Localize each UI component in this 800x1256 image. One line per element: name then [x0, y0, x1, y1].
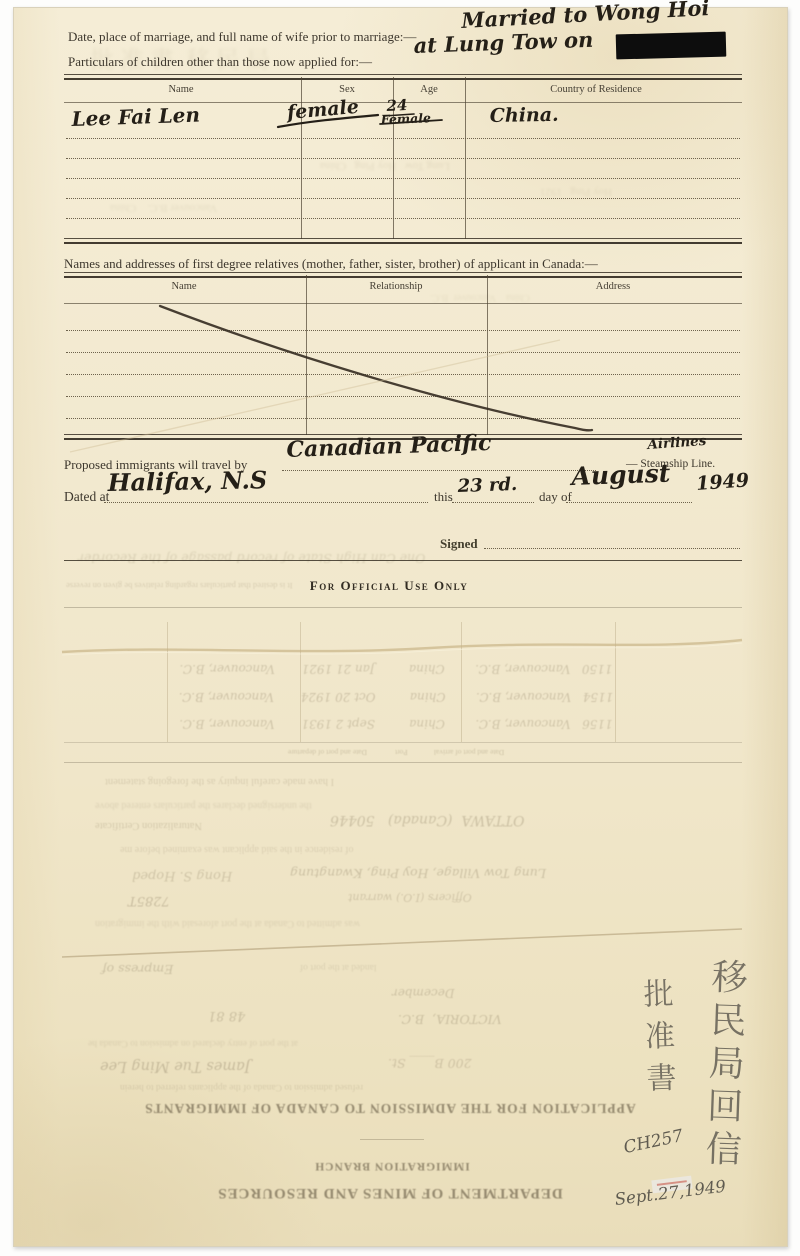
ghost-showthrough-text: 7285T: [128, 893, 170, 908]
ghost-showthrough-text: VICTORIA, B.C.: [398, 1012, 502, 1027]
ghost-showthrough-text: was admitted to Canada at the port afore…: [95, 918, 360, 929]
ghost-showthrough-text: Vancouver B.C. China: [110, 202, 217, 214]
ghost-showthrough-text: Naturalization Certificate: [95, 820, 202, 831]
ghost-grid-line: [300, 622, 301, 742]
relatives-col-name: Name: [171, 281, 196, 292]
this-label: this: [434, 489, 453, 505]
chinese-annotation-left-column: 批准書: [632, 977, 680, 1104]
ghost-showthrough-text: Lung Tow Hoy Ping China: [320, 160, 450, 172]
ghost-showthrough-text: Empress of: [102, 962, 173, 977]
table-row-line: [66, 330, 740, 331]
dated-at-label: Dated at: [64, 489, 109, 505]
ghost-showthrough-text: I have made careful inquiry as the foreg…: [105, 776, 334, 787]
ghost-grid-line: [461, 622, 462, 742]
table-row-line: [66, 178, 740, 179]
children-col-name: Name: [168, 84, 193, 95]
dated-at-handwriting: Halifax, N.S: [107, 465, 267, 497]
ghost-showthrough-text: 48 81: [208, 1008, 245, 1023]
ghost-showthrough-text: Date and port of arrival Port Date and p…: [288, 748, 504, 757]
relatives-col-relationship: Relationship: [369, 281, 422, 292]
table-row-line: [66, 396, 740, 397]
ghost-showthrough-text: landed at the port of: [300, 962, 377, 972]
field-line: [452, 502, 534, 503]
table-row-line: [66, 374, 740, 375]
children-col-age: Age: [420, 84, 438, 95]
month-handwriting: August: [571, 459, 671, 491]
signature-line: [484, 548, 740, 549]
year-handwriting: 1949: [695, 469, 749, 495]
day-handwriting: 23 rd.: [457, 474, 517, 497]
scanned-immigration-form: 批 准 書 移 民 局Lung Tow Hoy Ping ChinaVancou…: [0, 0, 800, 1256]
children-col-sex: Sex: [339, 84, 355, 95]
field-line: [282, 470, 596, 471]
field-line: [104, 502, 428, 503]
reversed-title-rule: [360, 1139, 424, 1140]
reversed-department-title: DEPARTMENT OF MINES AND RESOURCES: [217, 1184, 563, 1201]
ghost-grid-line: [167, 622, 168, 742]
ghost-showthrough-text: Lung Tow Village, Hoy Ping, Kwangtung: [290, 866, 546, 881]
ghost-showthrough-text: OTTAWA (Canada) 50446: [330, 812, 524, 828]
field-line: [566, 502, 692, 503]
signed-label: Signed: [440, 536, 478, 552]
ghost-showthrough-text: It is desired that particulars regarding…: [66, 581, 293, 591]
relatives-col-address: Address: [596, 281, 630, 292]
official-use-heading: For Official Use Only: [310, 578, 469, 594]
section-rule: [64, 560, 742, 561]
ghost-showthrough-text: Hong S. Hoped: [132, 868, 232, 883]
ghost-showthrough-text: 200 B____ St.: [388, 1056, 472, 1071]
section-rule: [64, 607, 742, 608]
table-rule: [64, 303, 742, 304]
table-line: [487, 275, 488, 435]
ghost-showthrough-text: 1150 Vancouver, B.C. China Jan 21 1921 V…: [180, 662, 613, 676]
redaction-box: [616, 32, 727, 60]
table-row-line: [66, 138, 740, 139]
ghost-grid-line: [615, 622, 616, 742]
table-row-line: [66, 418, 740, 419]
children-col-country: Country of Residence: [550, 84, 642, 95]
ghost-showthrough-text: refused admission to Canada of the appli…: [120, 1082, 363, 1092]
ghost-grid-line: [64, 762, 742, 763]
table-row-line: [66, 158, 740, 159]
table-line: [306, 275, 307, 435]
ghost-grid-line: [64, 742, 742, 743]
ghost-showthrough-text: Hoy Ping 1921: [540, 186, 612, 198]
table-row-line: [66, 218, 740, 219]
ghost-showthrough-text: of residence in the said applicant was e…: [120, 844, 354, 855]
children-section-label: Particulars of children other than those…: [68, 54, 372, 70]
ghost-showthrough-text: December: [392, 986, 454, 1000]
chinese-annotation-right-column: 移民局回信: [695, 957, 753, 1174]
ghost-showthrough-text: 1156 Vancouver, B.C. China Sept 2 1931 V…: [179, 717, 612, 731]
marriage-field-label: Date, place of marriage, and full name o…: [68, 29, 416, 45]
table-row-line: [66, 198, 740, 199]
ghost-showthrough-text: 1154 Vancouver, B.C. China Oct 20 1924 V…: [179, 690, 613, 704]
reversed-branch-title: IMMIGRATION BRANCH: [314, 1160, 469, 1172]
table-row-line: [66, 352, 740, 353]
ghost-showthrough-text: China Vancouver B.C.: [430, 292, 530, 303]
ghost-showthrough-text: One Can High State of record passage of …: [78, 551, 425, 566]
child-age-struck-word: Female: [380, 110, 431, 127]
table-rule: [64, 74, 742, 80]
reversed-application-title: APPLICATION FOR THE ADMISSION TO CANADA …: [144, 1100, 635, 1116]
ghost-showthrough-text: Officers (I.O.) warrant: [348, 891, 472, 904]
table-rule: [64, 272, 742, 278]
relatives-section-label: Names and addresses of first degree rela…: [64, 256, 598, 272]
ghost-showthrough-text: the undersigned declares the particulars…: [95, 800, 312, 811]
ghost-showthrough-text: at the port of entry declared on admissi…: [88, 1038, 298, 1048]
child-name-handwriting: Lee Fai Len: [71, 103, 200, 131]
table-rule: [64, 238, 742, 244]
child-country-handwriting: China.: [490, 104, 559, 127]
ghost-showthrough-text: James Tue Ming Lee: [100, 1058, 251, 1074]
